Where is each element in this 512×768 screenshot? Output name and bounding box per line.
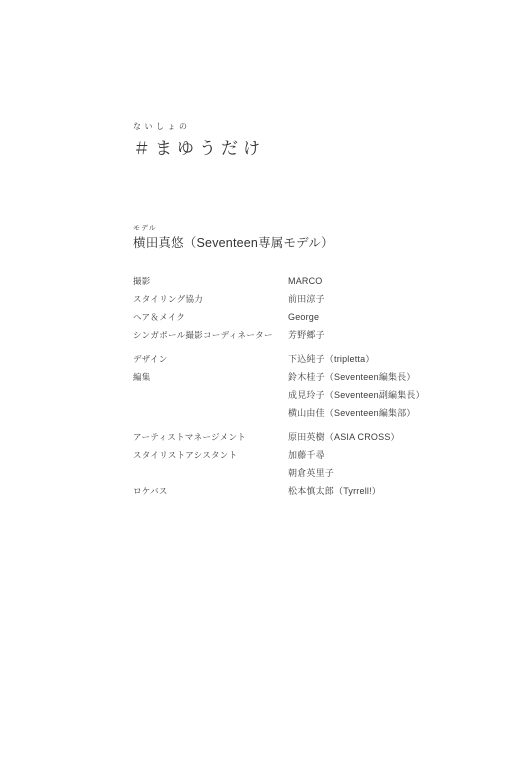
- credit-row: 編集鈴木桂子（Seventeen編集長）: [133, 368, 433, 386]
- credit-row: 横山由佳（Seventeen編集部）: [133, 404, 433, 422]
- credit-person-name: 松本慎太郎（Tyrrell!）: [288, 482, 381, 500]
- series-subtitle: ないしょの: [133, 121, 265, 132]
- credit-row: 撮影MARCO: [133, 272, 433, 290]
- credit-role-label: スタイリング協力: [133, 290, 288, 308]
- model-block: モデル 横田真悠（Seventeen専属モデル）: [133, 224, 334, 251]
- model-name: 横田真悠（Seventeen専属モデル）: [133, 236, 334, 251]
- credit-person-name: 朝倉英里子: [288, 464, 334, 482]
- model-role-label: モデル: [133, 224, 334, 234]
- credit-row: デザイン下込純子（tripletta）: [133, 350, 433, 368]
- credit-role-label: アーティストマネージメント: [133, 428, 288, 446]
- credit-role-label: デザイン: [133, 350, 288, 368]
- credits-page: ないしょの ＃まゆうだけ モデル 横田真悠（Seventeen専属モデル） 撮影…: [0, 0, 512, 768]
- credit-person-name: MARCO: [288, 272, 323, 290]
- credit-row: スタイリング協力前田涼子: [133, 290, 433, 308]
- credit-row: ヘア＆メイクGeorge: [133, 308, 433, 326]
- credit-role-label: ロケバス: [133, 482, 288, 500]
- credit-role-label: ヘア＆メイク: [133, 308, 288, 326]
- credit-row: シンガポール撮影コーディネーター芳野郷子: [133, 326, 433, 344]
- title-block: ないしょの ＃まゆうだけ: [133, 121, 265, 160]
- credit-person-name: 前田涼子: [288, 290, 325, 308]
- credit-row: スタイリストアシスタント加藤千尋: [133, 446, 433, 464]
- credit-person-name: 加藤千尋: [288, 446, 325, 464]
- credit-person-name: 原田英樹（ASIA CROSS）: [288, 428, 400, 446]
- credit-person-name: 芳野郷子: [288, 326, 325, 344]
- credit-group: アーティストマネージメント原田英樹（ASIA CROSS）スタイリストアシスタン…: [133, 428, 433, 500]
- credit-role-label: スタイリストアシスタント: [133, 446, 288, 464]
- credit-person-name: 下込純子（tripletta）: [288, 350, 375, 368]
- credit-group: 撮影MARCOスタイリング協力前田涼子ヘア＆メイクGeorgeシンガポール撮影コ…: [133, 272, 433, 344]
- credit-row: 朝倉英里子: [133, 464, 433, 482]
- credit-person-name: 鈴木桂子（Seventeen編集長）: [288, 368, 416, 386]
- credit-row: アーティストマネージメント原田英樹（ASIA CROSS）: [133, 428, 433, 446]
- credit-role-label: [133, 404, 288, 422]
- credit-group: デザイン下込純子（tripletta）編集鈴木桂子（Seventeen編集長）成…: [133, 350, 433, 422]
- credits-list: 撮影MARCOスタイリング協力前田涼子ヘア＆メイクGeorgeシンガポール撮影コ…: [133, 272, 433, 500]
- credit-role-label: [133, 386, 288, 404]
- credit-row: ロケバス松本慎太郎（Tyrrell!）: [133, 482, 433, 500]
- book-title: ＃まゆうだけ: [133, 138, 265, 160]
- credit-person-name: George: [288, 308, 319, 326]
- credit-role-label: 編集: [133, 368, 288, 386]
- credit-role-label: [133, 464, 288, 482]
- credit-person-name: 横山由佳（Seventeen編集部）: [288, 404, 416, 422]
- credit-person-name: 成見玲子（Seventeen副編集長）: [288, 386, 425, 404]
- credit-role-label: 撮影: [133, 272, 288, 290]
- credit-row: 成見玲子（Seventeen副編集長）: [133, 386, 433, 404]
- credit-role-label: シンガポール撮影コーディネーター: [133, 326, 288, 344]
